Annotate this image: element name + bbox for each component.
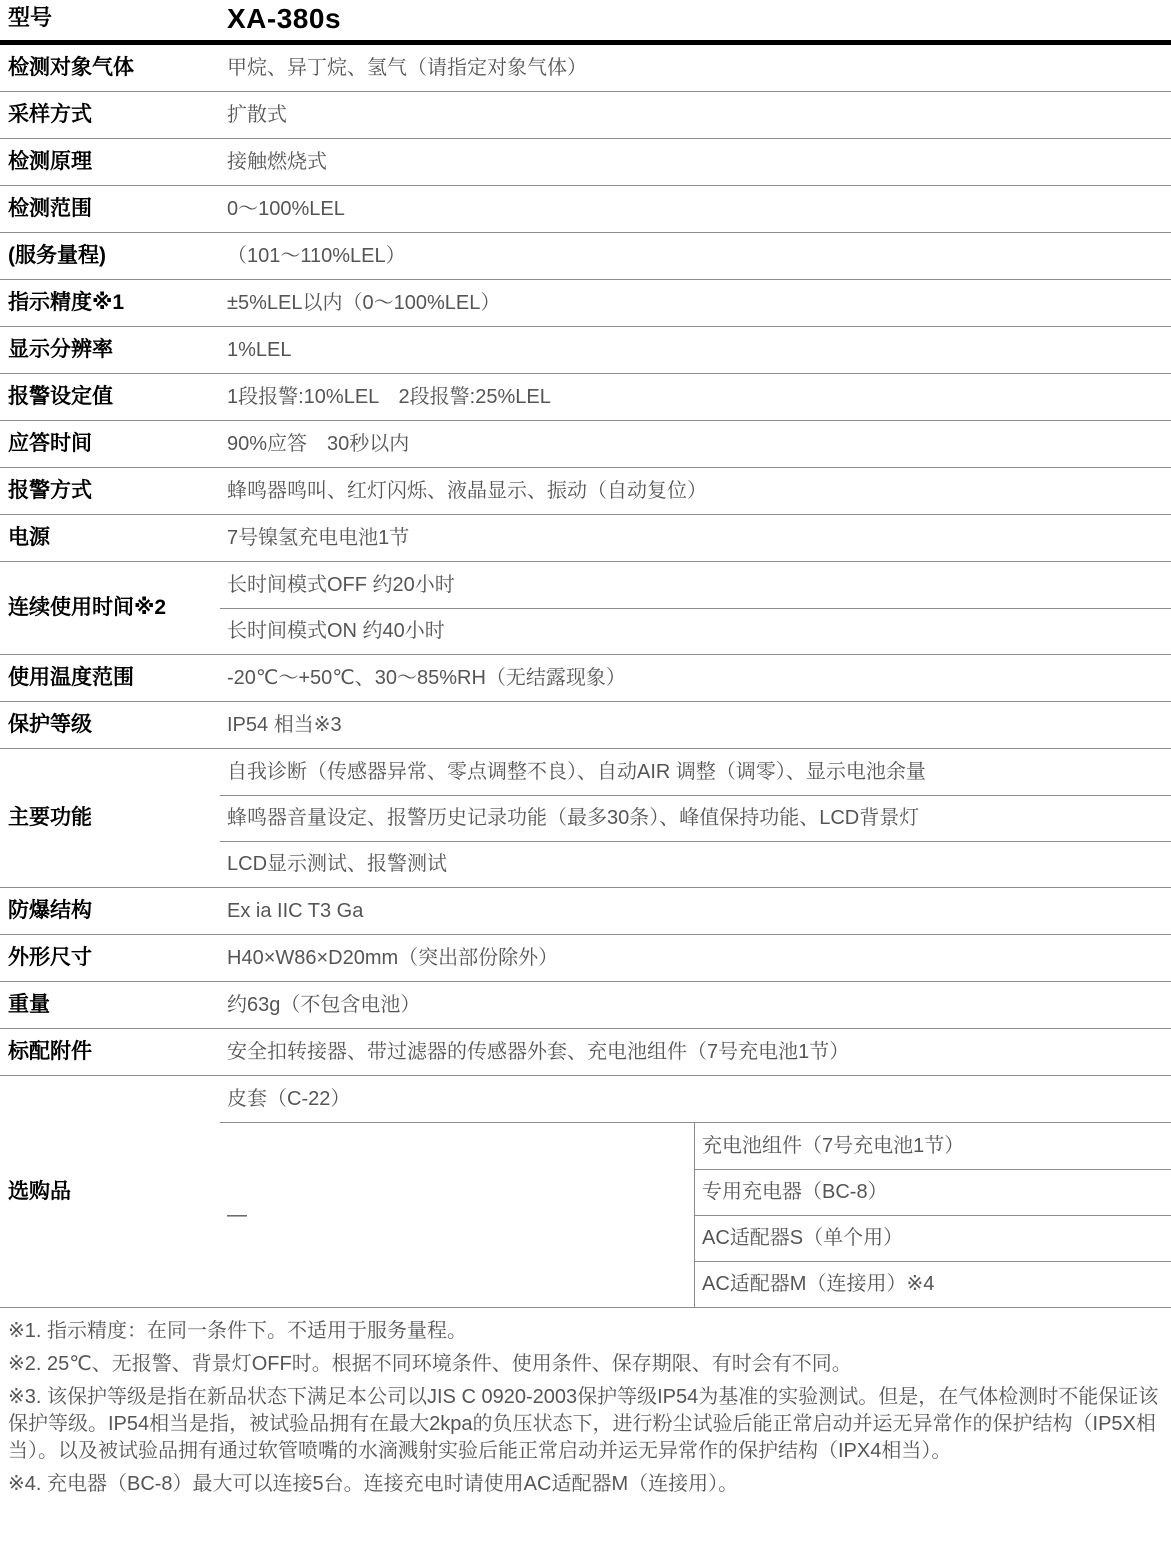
row-subvalue: 长时间模式ON 约40小时 — [220, 608, 1171, 654]
row-value: 1段报警:10%LEL 2段报警:25%LEL — [220, 374, 1171, 420]
optional-items-column: 充电池组件（7号充电池1节） 专用充电器（BC-8） AC适配器S（单个用） A… — [694, 1123, 1171, 1307]
row-label: 检测范围 — [0, 186, 220, 232]
row-value: 扩散式 — [220, 92, 1171, 138]
model-value: XA-380s — [220, 3, 341, 35]
optional-dash-cell: — — [220, 1123, 694, 1307]
row-label: 使用温度范围 — [0, 655, 220, 701]
row-label: 电源 — [0, 515, 220, 561]
row-label: 重量 — [0, 982, 220, 1028]
spec-row-alarm-type: 报警方式 蜂鸣器鸣叫、红灯闪烁、液晶显示、振动（自动复位） — [0, 468, 1171, 515]
row-value: 0～100%LEL — [220, 186, 1171, 232]
optional-split-area: — 充电池组件（7号充电池1节） 专用充电器（BC-8） AC适配器S（单个用）… — [220, 1122, 1171, 1307]
row-label: 指示精度※1 — [0, 280, 220, 326]
spec-row-power-supply: 电源 7号镍氢充电电池1节 — [0, 515, 1171, 562]
row-label: 连续使用时间※2 — [0, 562, 220, 654]
row-value: -20℃～+50℃、30～85%RH（无结露现象） — [220, 655, 1171, 701]
row-subvalue: 长时间模式OFF 约20小时 — [220, 562, 1171, 608]
row-label: 保护等级 — [0, 702, 220, 748]
row-subvalue: 自我诊断（传感器异常、零点调整不良）、自动AIR 调整（调零）、显示电池余量 — [220, 749, 1171, 795]
row-label: 主要功能 — [0, 749, 220, 887]
row-value: 约63g（不包含电池） — [220, 982, 1171, 1028]
spec-row-service-range: (服务量程) （101～110%LEL） — [0, 233, 1171, 280]
row-label: 选购品 — [0, 1076, 220, 1307]
row-value: H40×W86×D20mm（突出部份除外） — [220, 935, 1171, 981]
row-label: 报警设定值 — [0, 374, 220, 420]
row-label: 采样方式 — [0, 92, 220, 138]
row-subvalue: LCD显示测试、报警测试 — [220, 841, 1171, 887]
optional-item: 充电池组件（7号充电池1节） — [695, 1123, 1171, 1169]
row-value: ±5%LEL以内（0～100%LEL） — [220, 280, 1171, 326]
row-label: 外形尺寸 — [0, 935, 220, 981]
optional-item: AC适配器S（单个用） — [695, 1215, 1171, 1261]
spec-row-operating-temperature: 使用温度范围 -20℃～+50℃、30～85%RH（无结露现象） — [0, 655, 1171, 702]
footnote-4: ※4. 充电器（BC-8）最大可以连接5台。连接充电时请使用AC适配器M（连接用… — [8, 1471, 1161, 1498]
footnotes: ※1. 指示精度：在同一条件下。不适用于服务量程。 ※2. 25℃、无报警、背景… — [0, 1308, 1171, 1498]
row-label: 报警方式 — [0, 468, 220, 514]
row-value: 1%LEL — [220, 327, 1171, 373]
row-value: Ex ia IIC T3 Ga — [220, 888, 1171, 934]
footnote-1: ※1. 指示精度：在同一条件下。不适用于服务量程。 — [8, 1318, 1161, 1345]
row-value: （101～110%LEL） — [220, 233, 1171, 279]
row-value: 90%应答 30秒以内 — [220, 421, 1171, 467]
row-label: 显示分辨率 — [0, 327, 220, 373]
row-value: 甲烷、异丁烷、氢气（请指定对象气体） — [220, 45, 1171, 91]
row-value: 蜂鸣器鸣叫、红灯闪烁、液晶显示、振动（自动复位） — [220, 468, 1171, 514]
spec-row-weight: 重量 约63g（不包含电池） — [0, 982, 1171, 1029]
spec-row-optional-accessories: 选购品 皮套（C-22） — 充电池组件（7号充电池1节） 专用充电器（BC-8… — [0, 1076, 1171, 1308]
spec-table: 型号 XA-380s 检测对象气体 甲烷、异丁烷、氢气（请指定对象气体） 采样方… — [0, 0, 1171, 1308]
spec-row-sampling-method: 采样方式 扩散式 — [0, 92, 1171, 139]
optional-item: 专用充电器（BC-8） — [695, 1169, 1171, 1215]
row-label: 检测原理 — [0, 139, 220, 185]
spec-row-protection-class: 保护等级 IP54 相当※3 — [0, 702, 1171, 749]
spec-row-dimensions: 外形尺寸 H40×W86×D20mm（突出部份除外） — [0, 935, 1171, 982]
row-label: 检测对象气体 — [0, 45, 220, 91]
spec-row-detection-range: 检测范围 0～100%LEL — [0, 186, 1171, 233]
spec-row-explosion-proof: 防爆结构 Ex ia IIC T3 Ga — [0, 888, 1171, 935]
row-value: 7号镍氢充电电池1节 — [220, 515, 1171, 561]
row-value: IP54 相当※3 — [220, 702, 1171, 748]
row-value: 安全扣转接器、带过滤器的传感器外套、充电池组件（7号充电池1节） — [220, 1029, 1171, 1075]
row-label: 防爆结构 — [0, 888, 220, 934]
spec-row-detection-principle: 检测原理 接触燃烧式 — [0, 139, 1171, 186]
row-subvalue: 蜂鸣器音量设定、报警历史记录功能（最多30条）、峰值保持功能、LCD背景灯 — [220, 795, 1171, 841]
optional-item: AC适配器M（连接用）※4 — [695, 1261, 1171, 1307]
footnote-3: ※3. 该保护等级是指在新品状态下满足本公司以JIS C 0920-2003保护… — [8, 1384, 1161, 1465]
spec-row-detection-gas: 检测对象气体 甲烷、异丁烷、氢气（请指定对象气体） — [0, 45, 1171, 92]
model-label: 型号 — [0, 1, 220, 35]
spec-row-main-functions: 主要功能 自我诊断（传感器异常、零点调整不良）、自动AIR 调整（调零）、显示电… — [0, 749, 1171, 888]
optional-leather-case: 皮套（C-22） — [220, 1076, 1171, 1122]
spec-row-continuous-operating-time: 连续使用时间※2 长时间模式OFF 约20小时 长时间模式ON 约40小时 — [0, 562, 1171, 655]
row-label: (服务量程) — [0, 233, 220, 279]
row-value: 接触燃烧式 — [220, 139, 1171, 185]
footnote-2: ※2. 25℃、无报警、背景灯OFF时。根据不同环境条件、使用条件、保存期限、有… — [8, 1351, 1161, 1378]
row-label: 应答时间 — [0, 421, 220, 467]
spec-row-standard-accessories: 标配附件 安全扣转接器、带过滤器的传感器外套、充电池组件（7号充电池1节） — [0, 1029, 1171, 1076]
spec-row-indication-accuracy: 指示精度※1 ±5%LEL以内（0～100%LEL） — [0, 280, 1171, 327]
spec-row-response-time: 应答时间 90%应答 30秒以内 — [0, 421, 1171, 468]
spec-header-row: 型号 XA-380s — [0, 0, 1171, 45]
spec-row-alarm-setpoint: 报警设定值 1段报警:10%LEL 2段报警:25%LEL — [0, 374, 1171, 421]
row-label: 标配附件 — [0, 1029, 220, 1075]
spec-row-display-resolution: 显示分辨率 1%LEL — [0, 327, 1171, 374]
